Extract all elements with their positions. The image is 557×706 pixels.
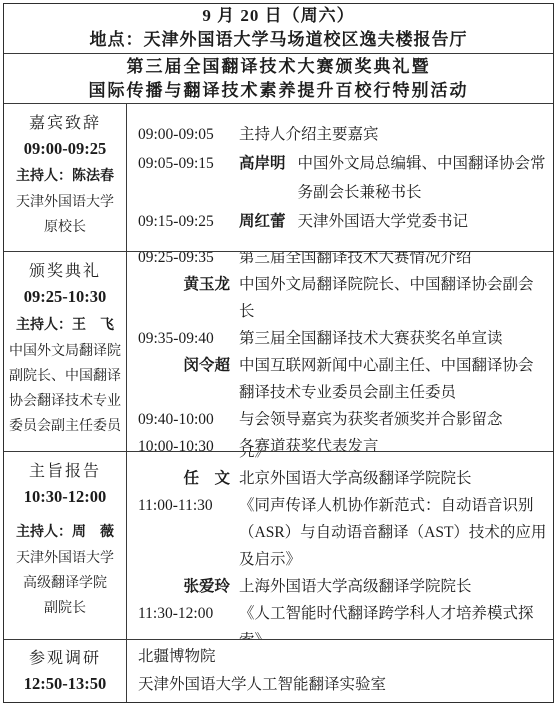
- agenda-line: 闵令超 中国互联网新闻中心副主任、中国翻译协会翻译技术专业委员会副主任委员: [138, 352, 547, 406]
- session-title: 主旨报告: [24, 460, 106, 484]
- agenda-time-col: 09:35-09:40: [138, 325, 230, 352]
- session-host: 主持人：周 薇: [16, 520, 114, 546]
- agenda-text: 第三届全国翻译技术大赛获奖名单宣读: [239, 325, 547, 352]
- host-desc-line: 中国外文局翻译院: [9, 339, 121, 364]
- agenda-speaker: 黄玉龙: [183, 271, 230, 298]
- agenda-time-col: 11:00-11:30: [138, 492, 230, 519]
- session-row-guest-speeches: 嘉宾致辞 09:00-09:25 主持人：陈法春 天津外国语大学 原校长 09:…: [4, 104, 553, 252]
- schedule-page: 9 月 20 日（周六） 地点：天津外国语大学马场道校区逸夫楼报告厅 第三届全国…: [0, 0, 557, 706]
- session-agenda-cell: 10:30-11:00 《口译技术在中国学界的接受度历时对比研究》 任 文 北京…: [127, 452, 553, 639]
- agenda-line: 09:05-09:15 高岸明 中国外文局总编辑、中国翻译协会常务副会长兼秘书长: [138, 149, 547, 207]
- agenda-speaker: 闵令超: [183, 352, 230, 379]
- agenda-time: 11:00-11:30: [138, 492, 213, 519]
- agenda-time: 09:40-10:00: [138, 406, 214, 433]
- agenda-text: 北京外国语大学高级翻译学院院长: [239, 465, 547, 492]
- agenda-time: 09:00-09:05: [138, 120, 214, 149]
- agenda-text: 天津外国语大学人工智能翻译实验室: [138, 671, 547, 699]
- agenda-speaker: 任 文: [183, 465, 230, 492]
- agenda-line: 天津外国语大学人工智能翻译实验室: [138, 671, 547, 699]
- session-title-block: 参观调研 12:50-13:50: [24, 647, 106, 696]
- agenda-text: 上海外国语大学高级翻译学院院长: [239, 573, 547, 600]
- session-time: 09:25-10:30: [24, 284, 106, 309]
- session-title: 嘉宾致辞: [24, 112, 106, 136]
- session-host-block: 主持人：王 飞 中国外文局翻译院 副院长、中国翻译 协会翻译技术专业 委员会副主…: [9, 313, 121, 439]
- agenda-speaker: 张爱玲: [183, 573, 230, 600]
- session-title: 参观调研: [24, 647, 106, 671]
- agenda-line: 09:00-09:05 主持人介绍主要嘉宾: [138, 120, 547, 149]
- agenda-time-col: 09:05-09:15: [138, 149, 230, 178]
- session-left-cell: 嘉宾致辞 09:00-09:25 主持人：陈法春 天津外国语大学 原校长: [4, 104, 127, 251]
- session-agenda-cell: 北疆博物院 天津外国语大学人工智能翻译实验室: [127, 640, 553, 702]
- agenda-time-col: 闵令超: [138, 352, 230, 379]
- agenda-line: 北疆博物院: [138, 643, 547, 671]
- session-host-block: 主持人：陈法春 天津外国语大学 原校长: [16, 164, 114, 240]
- session-row-site-visit: 参观调研 12:50-13:50 北疆博物院 天津外国语大学人工智能翻译实验室: [4, 640, 553, 702]
- session-row-award-ceremony: 颁奖典礼 09:25-10:30 主持人：王 飞 中国外文局翻译院 副院长、中国…: [4, 252, 553, 452]
- agenda-time: 11:30-12:00: [138, 600, 213, 627]
- session-left-cell: 参观调研 12:50-13:50: [4, 640, 127, 702]
- host-desc-line: 协会翻译技术专业: [9, 389, 121, 414]
- host-desc-line: 原校长: [16, 215, 114, 240]
- agenda-text: 主持人介绍主要嘉宾: [239, 120, 547, 149]
- host-desc-line: 副院长: [16, 596, 114, 621]
- agenda-text: 《人工智能时代翻译跨学科人才培养模式探索》: [239, 600, 547, 640]
- session-time: 10:30-12:00: [24, 484, 106, 509]
- agenda-text: 与会领导嘉宾为获奖者颁奖并合影留念: [239, 406, 547, 433]
- agenda-line: 10:30-11:00 《口译技术在中国学界的接受度历时对比研究》: [138, 452, 547, 465]
- host-desc-line: 天津外国语大学: [16, 190, 114, 215]
- host-desc-line: 天津外国语大学: [16, 546, 114, 571]
- session-left-cell: 主旨报告 10:30-12:00 主持人：周 薇 天津外国语大学 高级翻译学院 …: [4, 452, 127, 639]
- agenda-line: 11:30-12:00 《人工智能时代翻译跨学科人才培养模式探索》: [138, 600, 547, 640]
- agenda-time-col: 11:30-12:00: [138, 600, 230, 627]
- agenda-time: 09:25-09:35: [138, 252, 214, 271]
- agenda-time-col: 张爱玲: [138, 573, 230, 600]
- agenda-line: 10:00-10:30 各赛道获奖代表发言: [138, 433, 547, 452]
- session-title-block: 主旨报告 10:30-12:00: [24, 460, 106, 509]
- agenda-line: 11:00-11:30 《同声传译人机协作新范式：自动语音识别（ASR）与自动语…: [138, 492, 547, 573]
- event-title-line2: 国际传播与翻译技术素养提升百校行特别活动: [4, 79, 553, 103]
- agenda-text: 各赛道获奖代表发言: [239, 433, 547, 452]
- agenda-line: 张爱玲 上海外国语大学高级翻译学院院长: [138, 573, 547, 600]
- agenda-text: 北疆博物院: [138, 643, 547, 671]
- agenda-time: 10:00-10:30: [138, 433, 214, 452]
- host-desc-line: 委员会副主任委员: [9, 414, 121, 439]
- session-agenda-cell: 09:00-09:05 主持人介绍主要嘉宾 09:05-09:15 高岸明 中国…: [127, 104, 553, 251]
- agenda-speaker-inline: 周红蕾: [239, 207, 286, 236]
- agenda-time: 09:05-09:15: [138, 149, 214, 178]
- agenda-speaker-inline: 高岸明: [239, 149, 286, 178]
- agenda-time-col: 黄玉龙: [138, 271, 230, 298]
- agenda-time-col: 09:00-09:05: [138, 120, 230, 149]
- session-host: 主持人：陈法春: [16, 164, 114, 190]
- agenda-time: 09:35-09:40: [138, 325, 214, 352]
- agenda-text: 《同声传译人机协作新范式：自动语音识别（ASR）与自动语音翻译（AST）技术的应…: [239, 492, 547, 573]
- agenda-line: 09:25-09:35 第三届全国翻译技术大赛情况介绍: [138, 252, 547, 271]
- schedule-table: 9 月 20 日（周六） 地点：天津外国语大学马场道校区逸夫楼报告厅 第三届全国…: [3, 3, 554, 703]
- agenda-line: 09:15-09:25 周红蕾 天津外国语大学党委书记: [138, 207, 547, 236]
- agenda-line: 09:40-10:00 与会领导嘉宾为获奖者颁奖并合影留念: [138, 406, 547, 433]
- agenda-text: 中国外文局翻译院院长、中国翻译协会副会长: [239, 271, 547, 325]
- agenda-time-col: 09:40-10:00: [138, 406, 230, 433]
- event-title-line1: 第三届全国翻译技术大赛颁奖典礼暨: [4, 55, 553, 79]
- session-title: 颁奖典礼: [24, 260, 106, 284]
- agenda-line: 09:35-09:40 第三届全国翻译技术大赛获奖名单宣读: [138, 325, 547, 352]
- agenda-time-col: 09:15-09:25: [138, 207, 230, 236]
- agenda-line: 黄玉龙 中国外文局翻译院院长、中国翻译协会副会长: [138, 271, 547, 325]
- session-agenda-cell: 09:25-09:35 第三届全国翻译技术大赛情况介绍 黄玉龙 中国外文局翻译院…: [127, 252, 553, 451]
- session-host-block: 主持人：周 薇 天津外国语大学 高级翻译学院 副院长: [16, 520, 114, 621]
- venue-line: 地点：天津外国语大学马场道校区逸夫楼报告厅: [4, 28, 553, 52]
- agenda-time-col: 任 文: [138, 465, 230, 492]
- session-time: 12:50-13:50: [24, 671, 106, 696]
- session-time: 09:00-09:25: [24, 136, 106, 161]
- session-left-cell: 颁奖典礼 09:25-10:30 主持人：王 飞 中国外文局翻译院 副院长、中国…: [4, 252, 127, 451]
- agenda-time-col: 10:00-10:30: [138, 433, 230, 452]
- header-date-venue: 9 月 20 日（周六） 地点：天津外国语大学马场道校区逸夫楼报告厅: [4, 4, 553, 54]
- host-desc-line: 副院长、中国翻译: [9, 364, 121, 389]
- agenda-text: 中国外文局总编辑、中国翻译协会常务副会长兼秘书长: [298, 149, 547, 207]
- session-title-block: 颁奖典礼 09:25-10:30: [24, 260, 106, 309]
- date-line: 9 月 20 日（周六）: [4, 4, 553, 28]
- agenda-text: 第三届全国翻译技术大赛情况介绍: [239, 252, 547, 271]
- session-title-block: 嘉宾致辞 09:00-09:25: [24, 112, 106, 161]
- agenda-text: 天津外国语大学党委书记: [298, 207, 547, 236]
- host-desc-line: 高级翻译学院: [16, 571, 114, 596]
- agenda-text: 《口译技术在中国学界的接受度历时对比研究》: [239, 452, 547, 465]
- header-event-title: 第三届全国翻译技术大赛颁奖典礼暨 国际传播与翻译技术素养提升百校行特别活动: [4, 54, 553, 105]
- agenda-text: 中国互联网新闻中心副主任、中国翻译协会翻译技术专业委员会副主任委员: [239, 352, 547, 406]
- agenda-time: 09:15-09:25: [138, 207, 214, 236]
- agenda-time-col: 09:25-09:35: [138, 252, 230, 271]
- agenda-line: 任 文 北京外国语大学高级翻译学院院长: [138, 465, 547, 492]
- session-host: 主持人：王 飞: [9, 313, 121, 339]
- session-row-keynote-reports: 主旨报告 10:30-12:00 主持人：周 薇 天津外国语大学 高级翻译学院 …: [4, 452, 553, 640]
